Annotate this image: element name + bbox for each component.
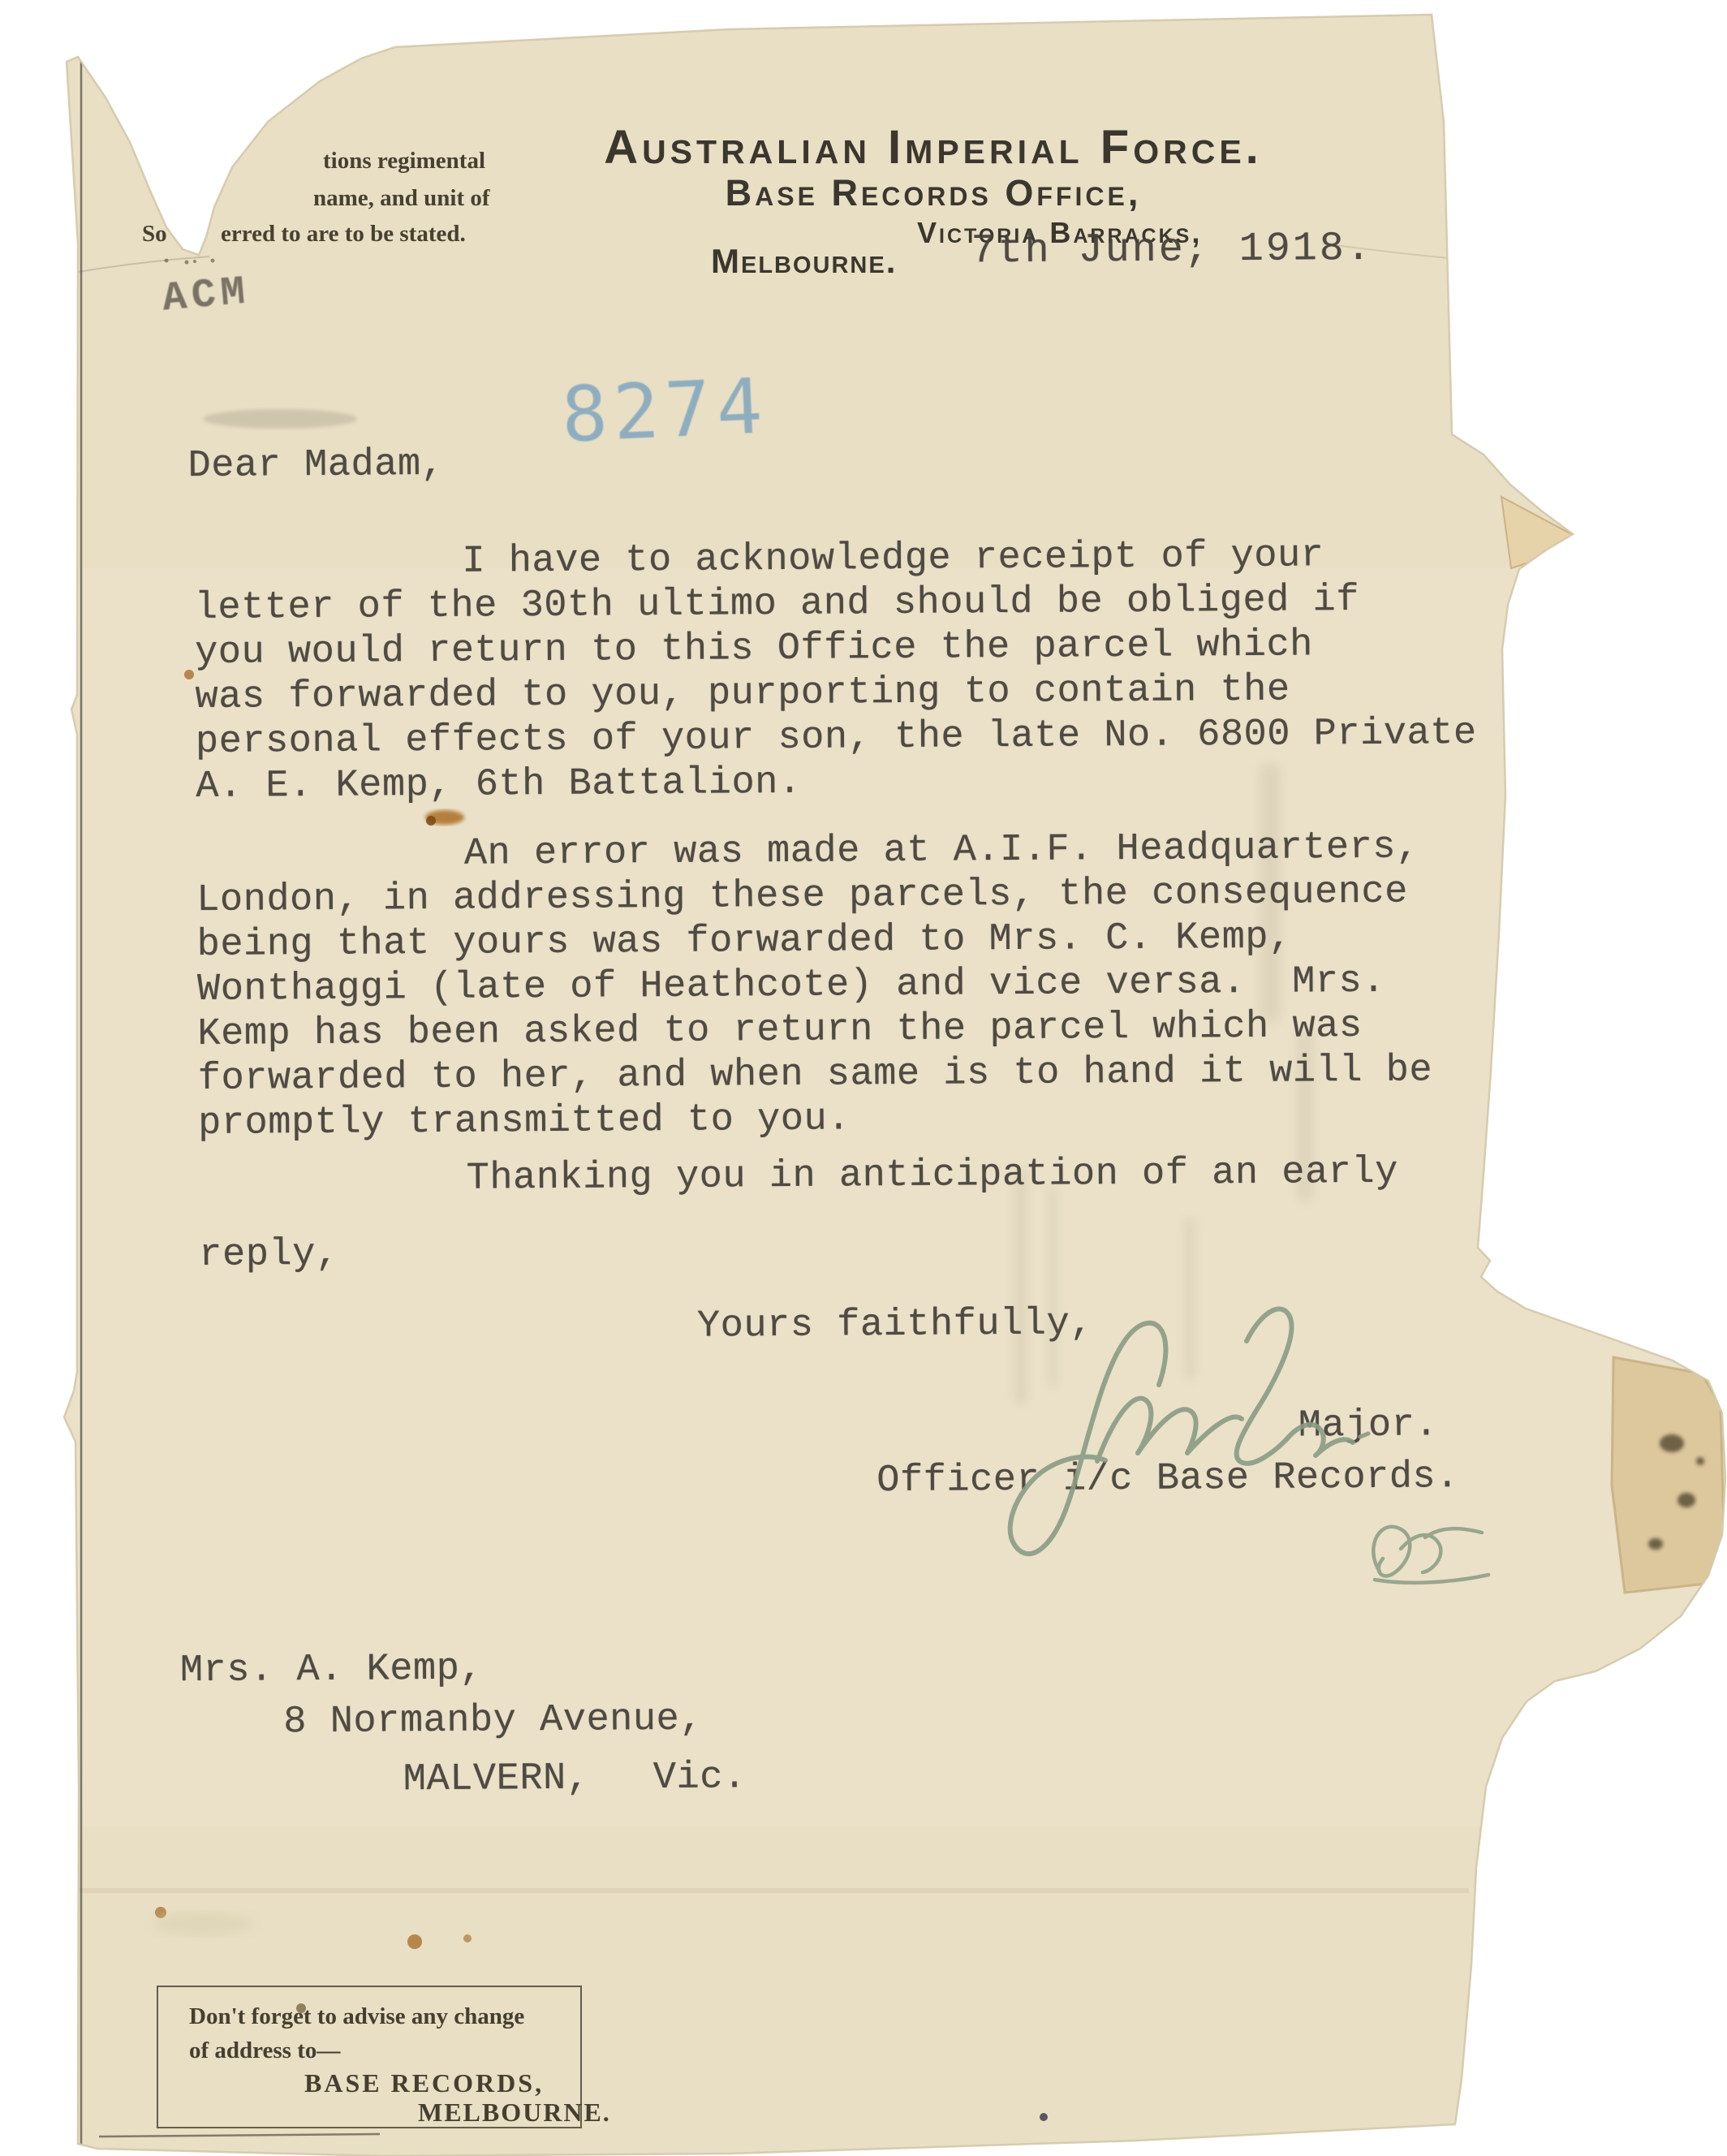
body-p2-line7: promptly transmitted to you. xyxy=(198,1097,851,1145)
footer-box-line-4: MELBOURNE. xyxy=(418,2098,611,2128)
footer-box-line-1: Don't forget to advise any change xyxy=(189,2003,524,2030)
body-p3-line2: reply, xyxy=(199,1233,339,1277)
body-p2-line5: Kemp has been asked to return the parcel… xyxy=(197,1005,1363,1056)
recipient-state: Vic. xyxy=(653,1756,747,1800)
body-p1-line4: was forwarded to you, purporting to cont… xyxy=(195,669,1290,719)
recipient-name: Mrs. A. Kemp, xyxy=(180,1648,484,1693)
valediction: Yours faithfully, xyxy=(697,1302,1093,1347)
body-p1-line3: you would return to this Office the parc… xyxy=(195,623,1313,675)
body-p1-line2: letter of the 30th ultimo and should be … xyxy=(195,579,1360,630)
footer-box-line-2: of address to— xyxy=(189,2037,340,2064)
letter-date: 7th June, 1918. xyxy=(971,226,1373,274)
recipient-city: MALVERN, xyxy=(403,1757,590,1802)
signer-title: Officer i/c Base Records. xyxy=(876,1455,1459,1503)
body-p2-line3: being that yours was forwarded to Mrs. C… xyxy=(196,916,1291,967)
recipient-street: 8 Normanby Avenue, xyxy=(283,1698,703,1744)
body-p1-line6: A. E. Kemp, 6th Battalion. xyxy=(196,761,802,808)
footer-address-box: Don't forget to advise any change of add… xyxy=(157,1986,582,2128)
scanned-letter-page: tions regimental name, and unit of So er… xyxy=(0,0,1727,2156)
salutation: Dear Madam, xyxy=(187,443,444,488)
typed-text-layer: 7th June, 1918. Dear Madam, I have to ac… xyxy=(0,0,1727,2156)
signer-rank: Major. xyxy=(1298,1404,1439,1447)
body-p2-line2: London, in addressing these parcels, the… xyxy=(196,871,1408,922)
body-p2-line6: forwarded to her, and when same is to ha… xyxy=(198,1049,1433,1101)
body-p2-line1: An error was made at A.I.F. Headquarters… xyxy=(464,826,1419,875)
body-p3-line1: Thanking you in anticipation of an early xyxy=(466,1151,1398,1201)
body-p1-line5: personal effects of your son, the late N… xyxy=(196,712,1477,764)
body-p2-line4: Wonthaggi (late of Heathcote) and vice v… xyxy=(197,960,1385,1011)
body-p1-line1: I have to acknowledge receipt of your xyxy=(462,534,1324,583)
footer-box-line-3: BASE RECORDS, xyxy=(304,2068,544,2098)
